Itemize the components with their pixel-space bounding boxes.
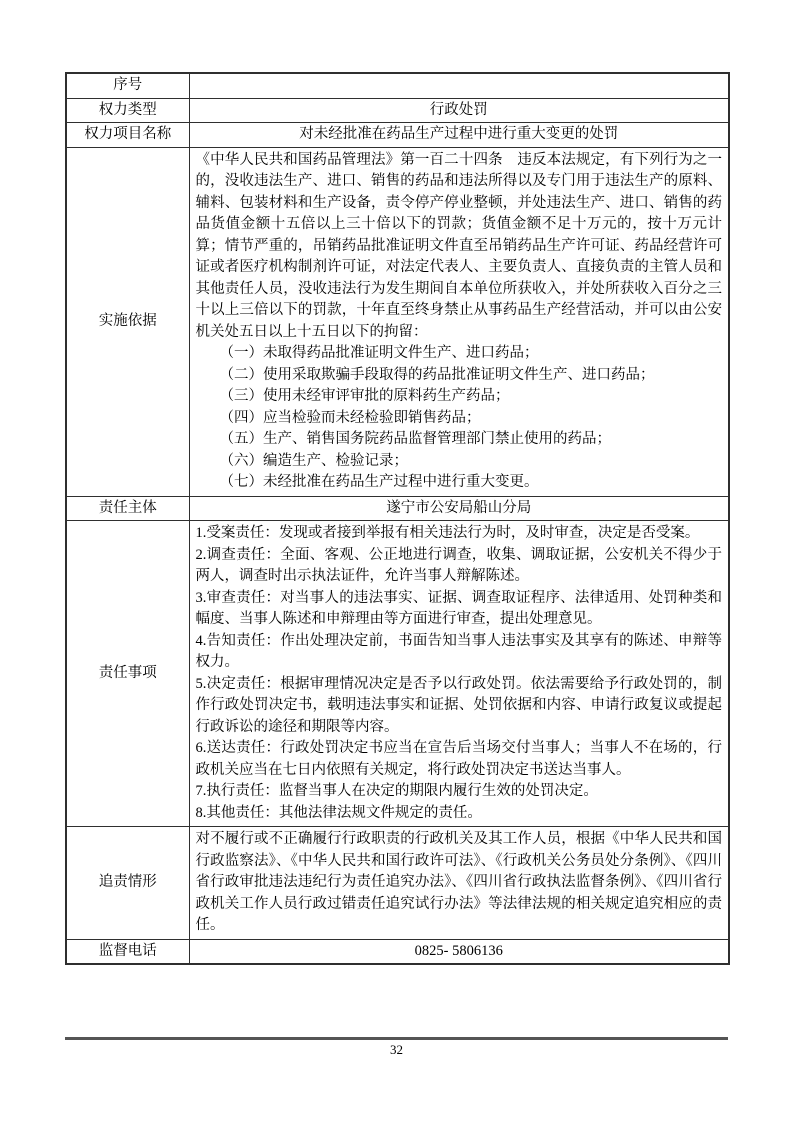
legal-basis-item-3: （三）使用未经审评审批的原料药生产药品； [196, 386, 723, 408]
legal-basis-item-4: （四）应当检验而未经检验即销售药品； [196, 408, 723, 430]
row-power-item-name: 权力项目名称 对未经批准在药品生产过程中进行重大变更的处罚 [66, 123, 729, 148]
responsibility-item-1: 1.受案责任：发现或者接到举报有相关违法行为时，及时审查，决定是否受案。 [196, 523, 723, 545]
supervision-phone-label: 监督电话 [66, 939, 189, 964]
legal-basis-item-7: （七）未经批准在药品生产过程中进行重大变更。 [196, 472, 723, 494]
accountability-paragraph: 对不履行或不正确履行行政职责的行政机关及其工作人员，根据《中华人民共和国行政监察… [196, 829, 723, 937]
responsibility-item-6: 6.送达责任：行政处罚决定书应当在宣告后当场交付当事人；当事人不在场的，行政机关… [196, 738, 723, 781]
row-power-type: 权力类型 行政处罚 [66, 98, 729, 123]
implementation-basis-content: 《中华人民共和国药品管理法》第一百二十四条 违反本法规定，有下列行为之一的，没收… [189, 147, 729, 496]
responsible-entity-value: 遂宁市公安局船山分局 [189, 496, 729, 521]
responsible-entity-label: 责任主体 [66, 496, 189, 521]
legal-basis-item-6: （六）编造生产、检验记录； [196, 451, 723, 473]
power-type-label: 权力类型 [66, 98, 189, 123]
supervision-phone-value: 0825- 5806136 [189, 939, 729, 964]
power-item-name-label: 权力项目名称 [66, 123, 189, 148]
document-page: 序号 权力类型 行政处罚 权力项目名称 对未经批准在药品生产过程中进行重大变更的… [0, 0, 793, 1122]
responsibility-item-7: 7.执行责任：监督当事人在决定的期限内履行生效的处罚决定。 [196, 781, 723, 803]
row-implementation-basis: 实施依据 《中华人民共和国药品管理法》第一百二十四条 违反本法规定，有下列行为之… [66, 147, 729, 496]
serial-number-label: 序号 [66, 73, 189, 98]
responsibility-item-8: 8.其他责任：其他法律法规文件规定的责任。 [196, 803, 723, 825]
page-number: 32 [0, 1042, 793, 1058]
legal-basis-item-2: （二）使用采取欺骗手段取得的药品批准证明文件生产、进口药品； [196, 365, 723, 387]
accountability-circumstances-content: 对不履行或不正确履行行政职责的行政机关及其工作人员，根据《中华人民共和国行政监察… [189, 827, 729, 940]
row-serial-number: 序号 [66, 73, 729, 98]
footer-divider [65, 1037, 728, 1040]
power-item-table: 序号 权力类型 行政处罚 权力项目名称 对未经批准在药品生产过程中进行重大变更的… [65, 72, 730, 965]
responsibility-item-5: 5.决定责任：根据审理情况决定是否予以行政处罚。依法需要给予行政处罚的，制作行政… [196, 674, 723, 739]
legal-basis-item-1: （一）未取得药品批准证明文件生产、进口药品； [196, 343, 723, 365]
responsibility-item-4: 4.告知责任：作出处理决定前，书面告知当事人违法事实及其享有的陈述、申辩等权力。 [196, 631, 723, 674]
responsibility-items-label: 责任事项 [66, 521, 189, 827]
row-accountability-circumstances: 追责情形 对不履行或不正确履行行政职责的行政机关及其工作人员，根据《中华人民共和… [66, 827, 729, 940]
responsibility-item-3: 3.审查责任：对当事人的违法事实、证据、调查取证程序、法律适用、处罚种类和幅度、… [196, 588, 723, 631]
power-type-value: 行政处罚 [189, 98, 729, 123]
row-supervision-phone: 监督电话 0825- 5806136 [66, 939, 729, 964]
power-item-name-value: 对未经批准在药品生产过程中进行重大变更的处罚 [189, 123, 729, 148]
responsibility-item-2: 2.调查责任：全面、客观、公正地进行调查，收集、调取证据，公安机关不得少于两人，… [196, 545, 723, 588]
implementation-basis-label: 实施依据 [66, 147, 189, 496]
row-responsible-entity: 责任主体 遂宁市公安局船山分局 [66, 496, 729, 521]
row-responsibility-items: 责任事项 1.受案责任：发现或者接到举报有相关违法行为时，及时审查，决定是否受案… [66, 521, 729, 827]
accountability-circumstances-label: 追责情形 [66, 827, 189, 940]
legal-basis-item-5: （五）生产、销售国务院药品监督管理部门禁止使用的药品； [196, 429, 723, 451]
serial-number-value [189, 73, 729, 98]
legal-basis-paragraph: 《中华人民共和国药品管理法》第一百二十四条 违反本法规定，有下列行为之一的，没收… [196, 150, 723, 344]
responsibility-items-content: 1.受案责任：发现或者接到举报有相关违法行为时，及时审查，决定是否受案。 2.调… [189, 521, 729, 827]
